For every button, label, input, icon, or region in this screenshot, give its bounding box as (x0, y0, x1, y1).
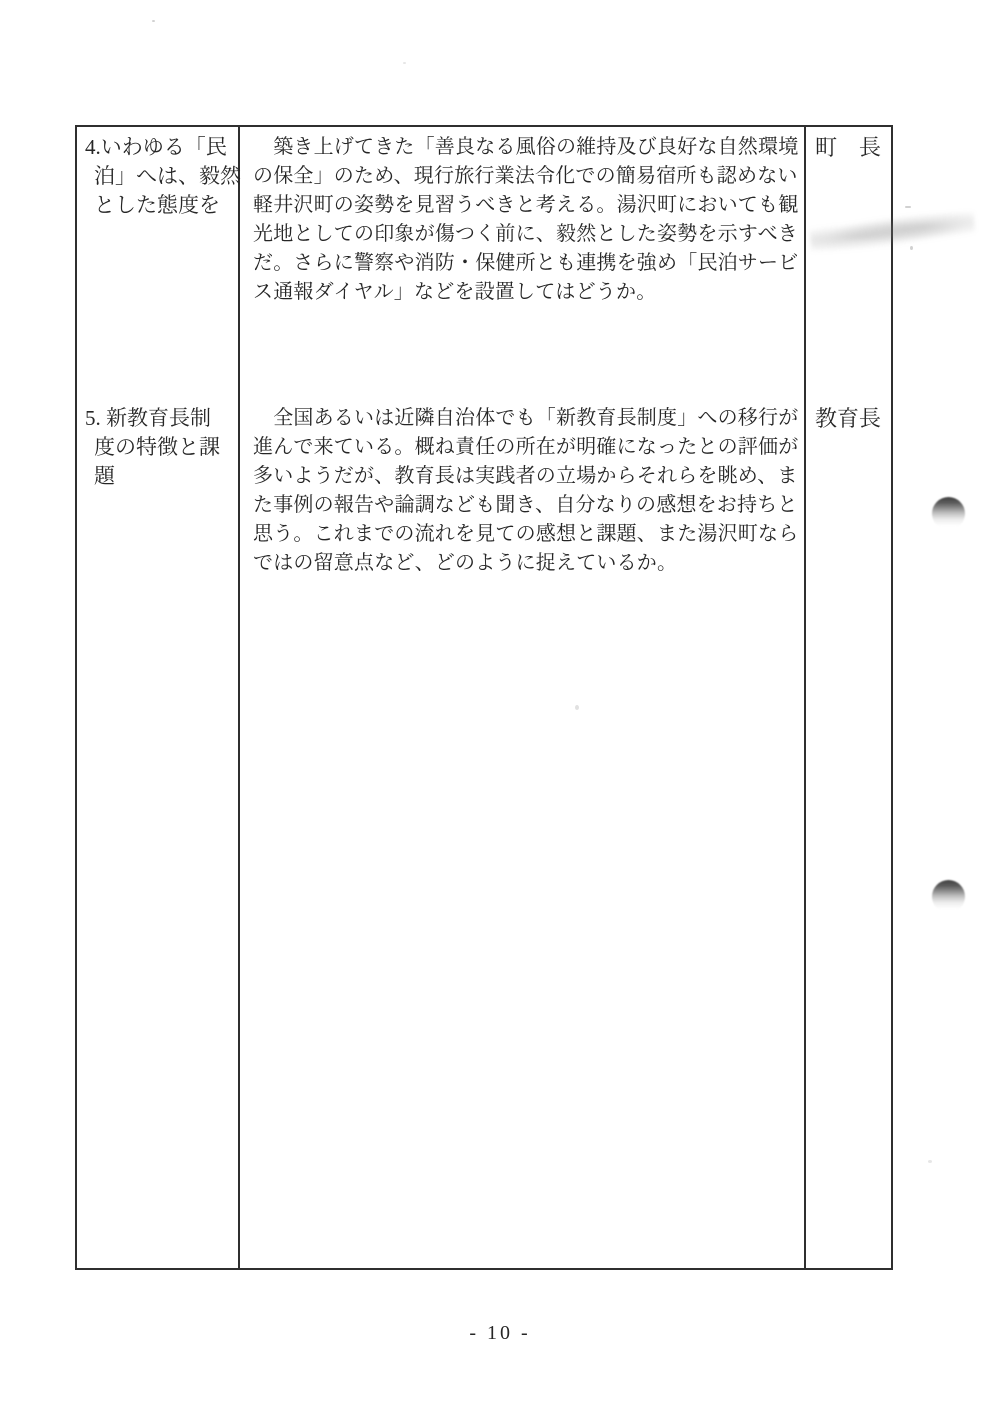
question-body-cell: 築き上げてきた「善良なる風俗の維持及び良好な自然環境 の保全」のため、現行旅行業… (240, 127, 806, 398)
question-body-line: 軽井沢町の姿勢を見習うべきと考える。湯沢町においても観 (253, 191, 804, 220)
table-row: 4.いわゆる「民 泊」へは、毅然 とした態度を 築き上げてきた「善良なる風俗の維… (77, 127, 891, 398)
answerer-label: 教育長 (815, 404, 891, 433)
question-body-line: 進んで来ている。概ね責任の所在が明確になったとの評価が (253, 433, 804, 462)
answerer-label: 町 長 (815, 133, 891, 162)
answerer-cell: 町 長 (806, 127, 891, 398)
question-body-line: だ。さらに警察や消防・保健所とも連携を強め「民泊サービ (253, 249, 804, 278)
punch-hole-shadow (932, 497, 965, 530)
page-number: - 10 - (0, 1322, 1000, 1345)
question-title-line: 泊」へは、毅然 (85, 162, 236, 191)
question-title-line: 度の特徴と課 (85, 433, 236, 462)
question-body-line: 全国あるいは近隣自治体でも「新教育長制度」への移行が (253, 404, 804, 433)
scan-speck (152, 20, 155, 22)
question-body-cell: 全国あるいは近隣自治体でも「新教育長制度」への移行が 進んで来ている。概ね責任の… (240, 398, 806, 1268)
scan-speck (910, 246, 913, 250)
scan-speck (905, 206, 911, 208)
question-title-cell: 5. 新教育長制 度の特徴と課 題 (77, 398, 240, 1268)
question-title-line: 題 (85, 462, 236, 491)
question-body-line: 思う。これまでの流れを見ての感想と課題、また湯沢町なら (253, 520, 804, 549)
question-title-line: 5. 新教育長制 (85, 404, 236, 433)
question-body-line: の保全」のため、現行旅行業法令化での簡易宿所も認めない (253, 162, 804, 191)
question-title-line: 4.いわゆる「民 (85, 133, 236, 162)
question-body-line: 多いようだが、教育長は実践者の立場からそれらを眺め、ま (253, 462, 804, 491)
general-questions-table: 4.いわゆる「民 泊」へは、毅然 とした態度を 築き上げてきた「善良なる風俗の維… (75, 125, 893, 1270)
question-body-line: ではの留意点など、どのように捉えているか。 (253, 549, 804, 578)
answerer-cell: 教育長 (806, 398, 891, 1268)
scan-speck (928, 1160, 932, 1163)
scan-speck (575, 705, 579, 710)
question-body-line: 築き上げてきた「善良なる風俗の維持及び良好な自然環境 (253, 133, 804, 162)
punch-hole-shadow (932, 880, 965, 913)
question-body-line: 光地としての印象が傷つく前に、毅然とした姿勢を示すべき (253, 220, 804, 249)
question-body-line: ス通報ダイヤル」などを設置してはどうか。 (253, 278, 804, 307)
question-title-cell: 4.いわゆる「民 泊」へは、毅然 とした態度を (77, 127, 240, 398)
scan-speck (403, 62, 406, 64)
question-body-line: た事例の報告や論調なども聞き、自分なりの感想をお持ちと (253, 491, 804, 520)
question-title-line: とした態度を (85, 191, 236, 220)
table-row: 5. 新教育長制 度の特徴と課 題 全国あるいは近隣自治体でも「新教育長制度」へ… (77, 398, 891, 1268)
